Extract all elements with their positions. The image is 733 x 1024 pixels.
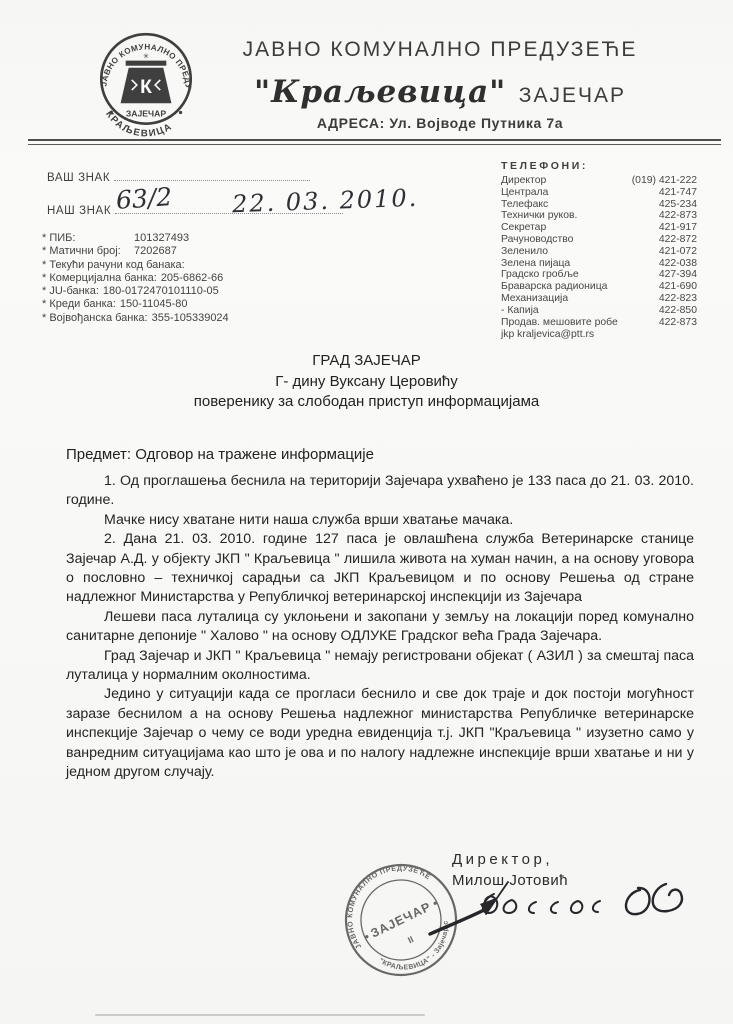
detail-label: * Војвођанска банка: [42,312,148,325]
our-ref-label: НАШ ЗНАК [47,205,111,217]
company-address: АДРЕСА: Ул. Војводе Путника 7а [200,115,680,131]
your-ref-dotted-line [114,171,310,181]
your-ref-row: ВАШ ЗНАК [47,171,310,184]
detail-row: * Креди банка: 150-11045-80 [42,298,229,311]
detail-row: * Текући рачуни код банака: [42,259,229,272]
body-paragraph: Град Зајечар и ЈКП " Краљевица " немају … [66,647,694,686]
phone-number: 421-747 [659,187,697,199]
body-paragraph: Једино у ситуацији када се прогласи бесн… [66,685,694,782]
stamp-sub-text: II [406,934,415,945]
body-paragraph: Лешеви паса луталица су уклоњени и закоп… [66,608,694,647]
detail-label: * Креди банка: [42,298,116,311]
phone-number: 422-038 [659,258,697,270]
phone-label: Зеленило [501,246,548,258]
phone-number: 421-917 [659,222,697,234]
logo-finial-icon: ✳ [143,53,149,61]
phone-number: 427-394 [659,269,697,281]
phone-row: Продав. мешовите робе 422-873 [501,317,697,329]
phone-number: 425-234 [659,199,697,211]
detail-row: * Матични број: 7202687 [42,245,229,258]
company-type: ЈАВНО КОМУНАЛНО ПРЕДУЗЕЋЕ [200,38,680,62]
phone-row: Зеленило 421-072 [501,246,697,258]
scan-artifact-line [95,1014,425,1016]
detail-value: 180-0172470101110-05 [103,285,219,298]
letter-body: 1. Од проглашења беснила на територији З… [66,472,694,783]
phone-directory: ТЕЛЕФОНИ: Директор (019) 421-222 Централ… [501,160,697,340]
phone-number: 422-873 [659,210,697,222]
body-paragraph: Мачке нису хватане нити наша служба врши… [66,511,694,530]
phone-number: 421-690 [659,281,697,293]
phones-title: ТЕЛЕФОНИ: [501,160,697,172]
phone-label: Механизација [501,293,568,305]
detail-value: 355-105339024 [152,312,229,325]
phone-row: Секретар 421-917 [501,222,697,234]
detail-label: * ПИБ: [42,232,130,245]
phone-row: Механизација 422-823 [501,293,697,305]
recipient-city: ГРАД ЗАЈЕЧАР [0,351,733,372]
phone-row: Градско гробље 427-394 [501,269,697,281]
phone-number: (019) 421-222 [632,175,697,187]
company-city: ЗАЈЕЧАР [519,84,626,107]
phone-label: Технички руков. [501,210,577,222]
detail-value: 101327493 [134,232,189,245]
company-details-list: * ПИБ: 101327493 * Матични број: 7202687… [42,232,229,325]
our-ref-handwritten-value: 63/2 [115,182,173,215]
company-email: jkp kraljevica@ptt.rs [501,329,697,340]
phone-row: Рачуноводство 422-872 [501,234,697,246]
recipient-role: поверенику за слободан приступ информаци… [0,392,733,413]
phone-label: - Капија [501,305,539,317]
detail-value: 7202687 [134,245,177,258]
detail-label: * Матични број: [42,245,130,258]
body-paragraph: 2. Дана 21. 03. 2010. године 127 паса је… [66,530,694,608]
phone-row: Телефакс 425-234 [501,199,697,211]
stamp-center-text: ЗАЈЕЧАР [369,899,434,940]
letterhead: ЈАВНО КОМУНАЛНО ПРЕДУЗЕЋЕ "Краљевица" ЗА… [200,38,680,131]
detail-row: * Војвођанска банка: 355-105339024 [42,312,229,325]
phone-label: Директор [501,175,546,187]
recipient-block: ГРАД ЗАЈЕЧАР Г- дину Вуксану Церовићу по… [0,351,733,413]
detail-label: * Комерцијална банка: [42,272,157,285]
header-divider [28,139,721,145]
phone-row: Технички руков. 422-873 [501,210,697,222]
phone-label: Браварска радионица [501,281,607,293]
handwritten-date: 22. 03. 2010. [232,184,419,218]
body-paragraph: 1. Од проглашења беснила на територији З… [66,472,694,511]
phone-label: Зелена пијаца [501,258,570,270]
phone-row: Браварска радионица 421-690 [501,281,697,293]
phone-row: Централа 421-747 [501,187,697,199]
phone-label: Рачуноводство [501,234,573,246]
logo-monogram: К [140,77,152,98]
phone-label: Телефакс [501,199,548,211]
logo-city-label: ЗАЈЕЧАР [126,109,166,119]
subject-line: Предмет: Одговор на тражене информације [66,446,374,463]
company-name: "Краљевица" [254,74,506,110]
phone-label: Продав. мешовите робе [501,317,618,329]
phone-number: 421-072 [659,246,697,258]
phone-label: Градско гробље [501,269,579,281]
letter-page: ЈАВНО КОМУНАЛНО ПРЕДУЗЕЋЕ ✳ К ЗАЈЕЧАР КР… [0,0,733,1024]
phone-number: 422-872 [659,234,697,246]
detail-row: * ПИБ: 101327493 [42,232,229,245]
detail-label: * Текући рачуни код банака: [42,259,185,272]
your-ref-label: ВАШ ЗНАК [47,172,110,184]
company-logo-icon: ЈАВНО КОМУНАЛНО ПРЕДУЗЕЋЕ ✳ К ЗАЈЕЧАР КР… [84,22,208,146]
phone-row: - Капија 422-850 [501,305,697,317]
recipient-person: Г- дину Вуксану Церовићу [0,372,733,393]
phone-row: Директор (019) 421-222 [501,175,697,187]
phone-number: 422-823 [659,293,697,305]
detail-value: 205-6862-66 [161,272,223,285]
phone-number: 422-873 [659,317,697,329]
phone-label: Централа [501,187,548,199]
phone-label: Секретар [501,222,546,234]
phone-number: 422-850 [659,305,697,317]
detail-value: 150-11045-80 [120,298,188,311]
detail-row: * JU-банка: 180-0172470101110-05 [42,285,229,298]
handwritten-signature-icon [428,860,694,944]
phone-row: Зелена пијаца 422-038 [501,258,697,270]
detail-row: * Комерцијална банка: 205-6862-66 [42,272,229,285]
detail-label: * JU-банка: [42,285,99,298]
